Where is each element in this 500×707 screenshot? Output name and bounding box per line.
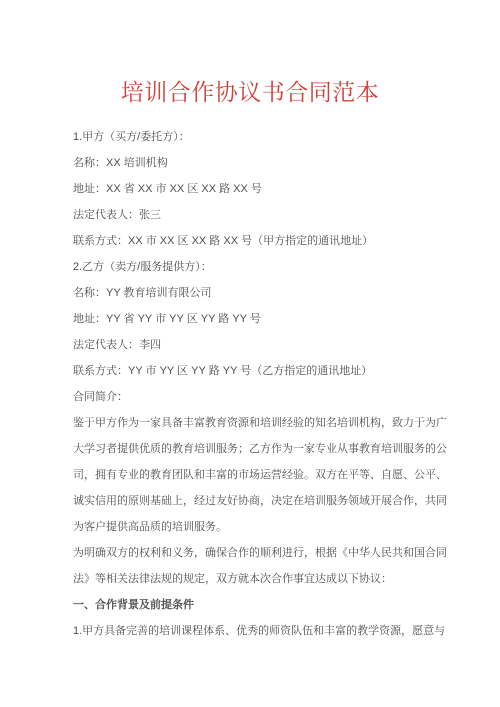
section-heading: 一、合作背景及前提条件	[73, 592, 449, 618]
text-line: 为明确双方的权利和义务，确保合作的顺利进行，根据《中华人民共和国合同	[73, 540, 449, 566]
text-line: 名称：XX 培训机构	[73, 150, 449, 176]
contract-document-page: 培训合作协议书合同范本 1.甲方（买方/委托方）：名称：XX 培训机构地址：XX…	[0, 0, 500, 707]
text-line: 法定代表人：张三	[73, 202, 449, 228]
text-line: 一、合作背景及前提条件	[73, 592, 449, 618]
text-line: 联系方式：YY 市 YY 区 YY 路 YY 号（乙方指定的通讯地址）	[73, 358, 449, 384]
text-line: 为客户提供高品质的培训服务。	[73, 514, 449, 540]
contract-line: 名称：XX 培训机构	[73, 150, 449, 176]
contract-line: 联系方式：XX 市 XX 区 XX 路 XX 号（甲方指定的通讯地址）	[73, 228, 449, 254]
text-line: 合同简介：	[73, 384, 449, 410]
document-body: 1.甲方（买方/委托方）：名称：XX 培训机构地址：XX 省 XX 市 XX 区…	[0, 124, 449, 644]
contract-line: 1.甲方（买方/委托方）：	[73, 124, 449, 150]
contract-line: 地址：YY 省 YY 市 YY 区 YY 路 YY 号	[73, 306, 449, 332]
contract-line: 名称：YY 教育培训有限公司	[73, 280, 449, 306]
contract-line: 2.乙方（卖方/服务提供方）：	[73, 254, 449, 280]
text-line: 地址：XX 省 XX 市 XX 区 XX 路 XX 号	[73, 176, 449, 202]
text-line: 司，拥有专业的教育团队和丰富的市场运营经验。双方在平等、自愿、公平、	[73, 462, 449, 488]
text-line: 大学习者提供优质的教育培训服务；乙方作为一家专业从事教育培训服务的公	[73, 436, 449, 462]
text-line: 2.乙方（卖方/服务提供方）：	[73, 254, 449, 280]
paragraph: 为明确双方的权利和义务，确保合作的顺利进行，根据《中华人民共和国合同法》等相关法…	[73, 540, 449, 592]
text-line: 联系方式：XX 市 XX 区 XX 路 XX 号（甲方指定的通讯地址）	[73, 228, 449, 254]
text-line: 1.甲方具备完善的培训课程体系、优秀的师资队伍和丰富的教学资源，愿意与	[73, 618, 449, 644]
contract-line: 地址：XX 省 XX 市 XX 区 XX 路 XX 号	[73, 176, 449, 202]
contract-line: 法定代表人：张三	[73, 202, 449, 228]
page-title: 培训合作协议书合同范本	[0, 81, 500, 104]
contract-line: 合同简介：	[73, 384, 449, 410]
paragraph: 1.甲方具备完善的培训课程体系、优秀的师资队伍和丰富的教学资源，愿意与	[73, 618, 449, 644]
text-line: 诚实信用的原则基础上，经过友好协商，决定在培训服务领域开展合作，共同	[73, 488, 449, 514]
paragraph: 鉴于甲方作为一家具备丰富教育资源和培训经验的知名培训机构，致力于为广大学习者提供…	[73, 410, 449, 540]
contract-line: 法定代表人：李四	[73, 332, 449, 358]
text-line: 地址：YY 省 YY 市 YY 区 YY 路 YY 号	[73, 306, 449, 332]
contract-line: 联系方式：YY 市 YY 区 YY 路 YY 号（乙方指定的通讯地址）	[73, 358, 449, 384]
text-line: 法定代表人：李四	[73, 332, 449, 358]
text-line: 名称：YY 教育培训有限公司	[73, 280, 449, 306]
text-line: 1.甲方（买方/委托方）：	[73, 124, 449, 150]
text-line: 鉴于甲方作为一家具备丰富教育资源和培训经验的知名培训机构，致力于为广	[73, 410, 449, 436]
text-line: 法》等相关法律法规的规定，双方就本次合作事宜达成以下协议：	[73, 566, 449, 592]
